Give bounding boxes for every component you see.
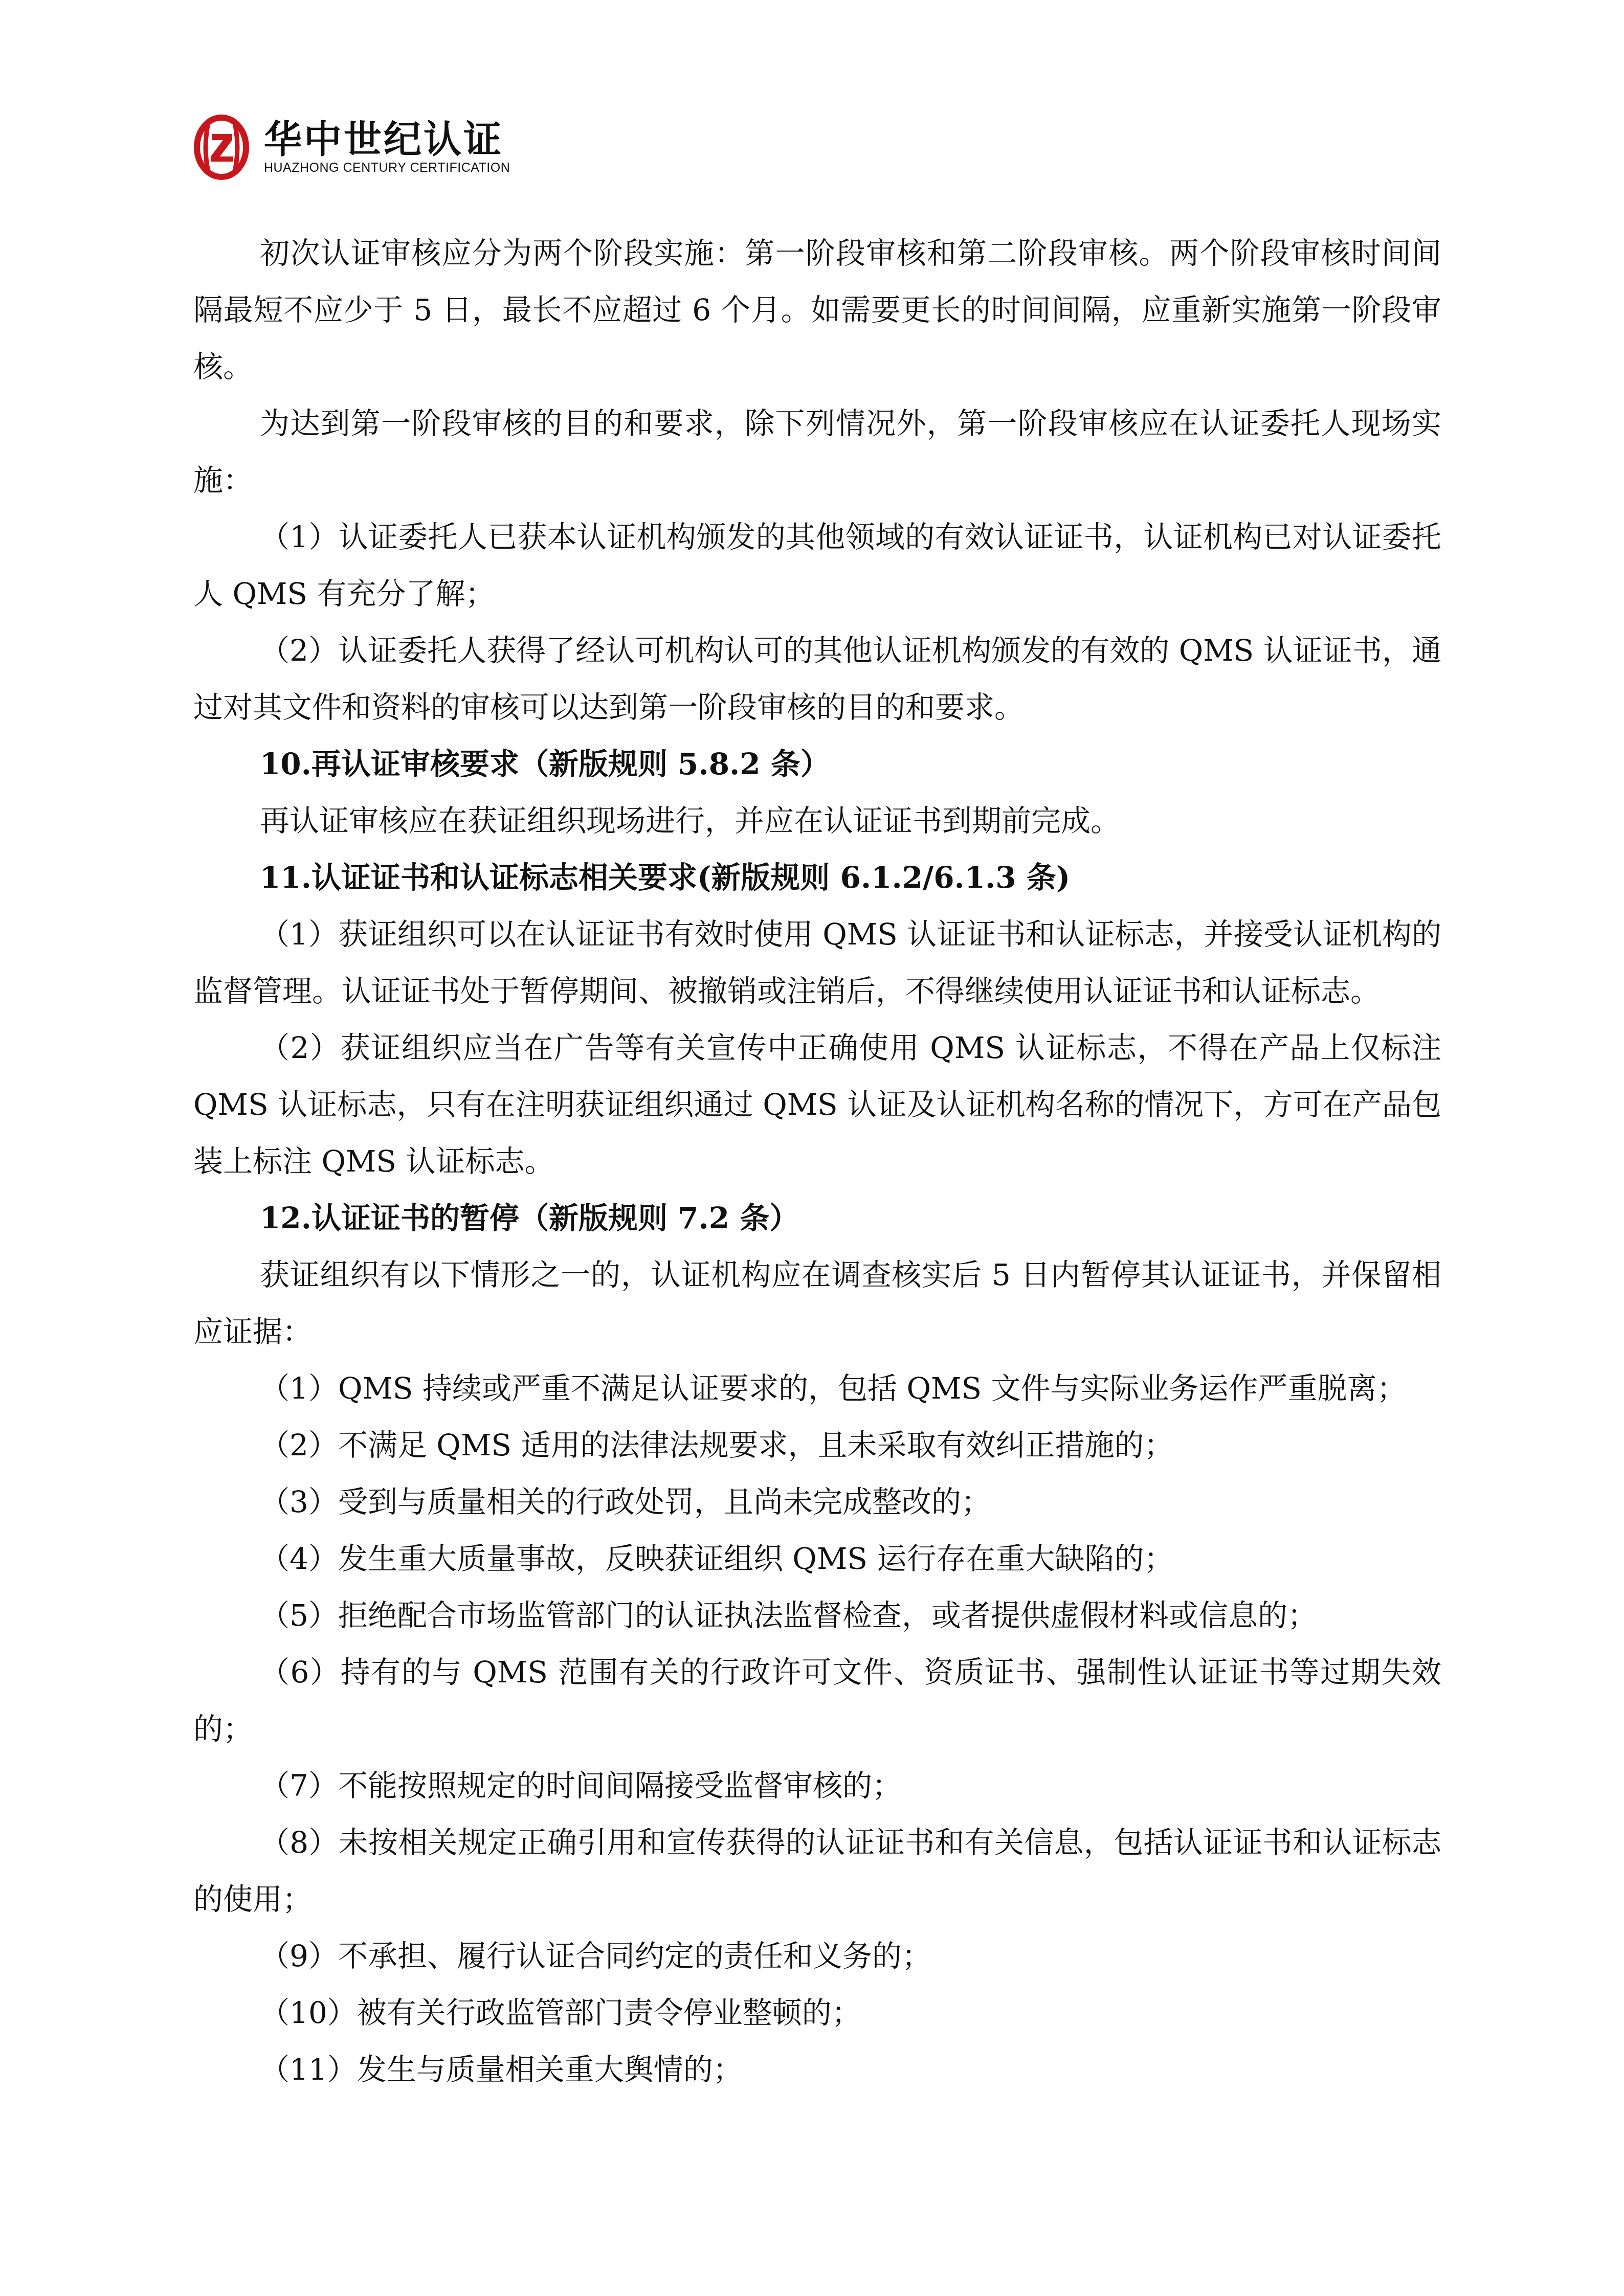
list-item: （6）持有的与 QMS 范围有关的行政许可文件、资质证书、强制性认证证书等过期失…: [193, 1644, 1441, 1758]
section-heading: 12.认证证书的暂停（新版规则 7.2 条）: [193, 1190, 1441, 1247]
logo-emblem-icon: [193, 114, 250, 181]
logo-chinese-name: 华中世纪认证: [264, 119, 510, 160]
section-heading: 11.认证证书和认证标志相关要求(新版规则 6.1.2/6.1.3 条): [193, 849, 1441, 906]
list-item: （5）拒绝配合市场监管部门的认证执法监督检查，或者提供虚假材料或信息的；: [193, 1587, 1441, 1644]
list-item: （1）QMS 持续或严重不满足认证要求的，包括 QMS 文件与实际业务运作严重脱…: [193, 1360, 1441, 1417]
list-item: （11）发生与质量相关重大舆情的；: [193, 2041, 1441, 2098]
list-item: （3）受到与质量相关的行政处罚，且尚未完成整改的；: [193, 1474, 1441, 1530]
paragraph: 获证组织有以下情形之一的，认证机构应在调查核实后 5 日内暂停其认证证书，并保留…: [193, 1247, 1441, 1360]
list-item: （8）未按相关规定正确引用和宣传获得的认证证书和有关信息，包括认证证书和认证标志…: [193, 1814, 1441, 1928]
list-item: （4）发生重大质量事故，反映获证组织 QMS 运行存在重大缺陷的；: [193, 1530, 1441, 1587]
paragraph: 为达到第一阶段审核的目的和要求，除下列情况外，第一阶段审核应在认证委托人现场实施…: [193, 395, 1441, 509]
company-logo: 华中世纪认证 HUAZHONG CENTURY CERTIFICATION: [193, 114, 510, 181]
paragraph: 初次认证审核应分为两个阶段实施：第一阶段审核和第二阶段审核。两个阶段审核时间间隔…: [193, 225, 1441, 395]
list-item: （9）不承担、履行认证合同约定的责任和义务的；: [193, 1928, 1441, 1985]
list-item: （10）被有关行政监管部门责令停业整顿的；: [193, 1985, 1441, 2041]
list-item: （2）不满足 QMS 适用的法律法规要求，且未采取有效纠正措施的；: [193, 1417, 1441, 1474]
paragraph: 再认证审核应在获证组织现场进行，并应在认证证书到期前完成。: [193, 793, 1441, 849]
list-item: （7）不能按照规定的时间间隔接受监督审核的；: [193, 1758, 1441, 1814]
list-item: （1）认证委托人已获本认证机构颁发的其他领域的有效认证证书，认证机构已对认证委托…: [193, 509, 1441, 622]
list-item: （2）认证委托人获得了经认可机构认可的其他认证机构颁发的有效的 QMS 认证证书…: [193, 622, 1441, 736]
list-item: （1）获证组织可以在认证证书有效时使用 QMS 认证证书和认证标志，并接受认证机…: [193, 906, 1441, 1020]
list-item: （2）获证组织应当在广告等有关宣传中正确使用 QMS 认证标志，不得在产品上仅标…: [193, 1020, 1441, 1190]
logo-english-name: HUAZHONG CENTURY CERTIFICATION: [264, 160, 510, 175]
section-heading: 10.再认证审核要求（新版规则 5.8.2 条）: [193, 736, 1441, 793]
document-body: 初次认证审核应分为两个阶段实施：第一阶段审核和第二阶段审核。两个阶段审核时间间隔…: [193, 225, 1441, 2098]
